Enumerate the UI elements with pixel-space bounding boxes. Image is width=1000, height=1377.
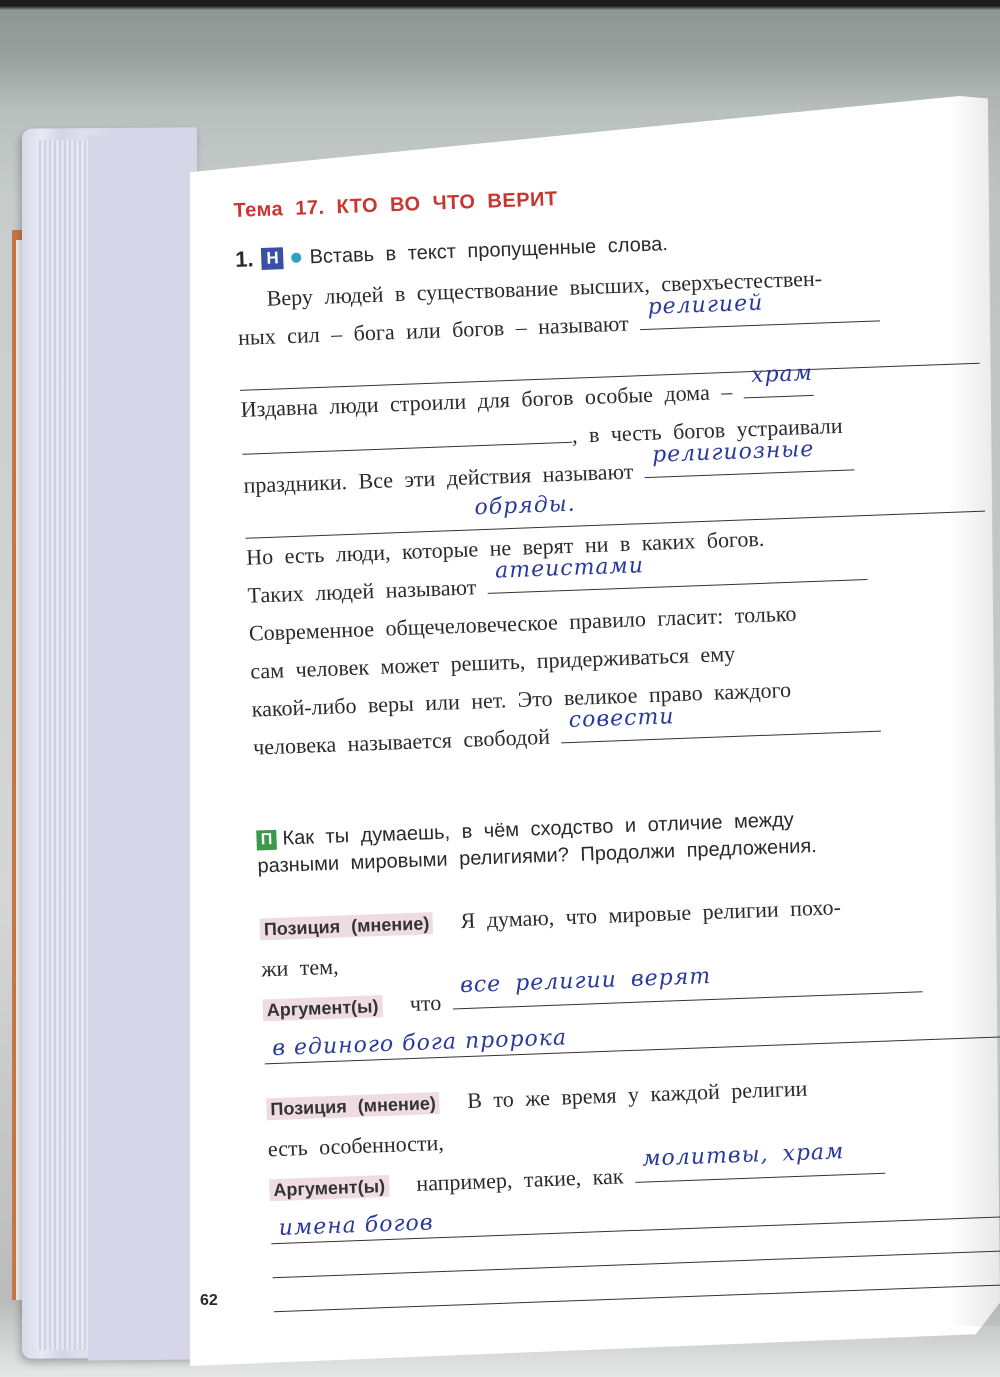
bullet-dot-icon — [291, 253, 301, 263]
topic-title: Тема 17. КТО ВО ЧТО ВЕРИТ — [233, 173, 973, 223]
handwritten-answer: религией — [647, 285, 764, 327]
block-similarity: Позиция (мнение) Я думаю, что мировые ре… — [259, 881, 1000, 1064]
task1-text: Веру людей в существование высших, сверх… — [236, 254, 993, 767]
label-argument: Аргумент(ы) — [262, 995, 382, 1021]
answer-blank-6[interactable]: все религии верят — [452, 966, 923, 1009]
handwritten-answer: совести — [568, 698, 675, 740]
handwritten-answer: религиозные — [651, 431, 815, 475]
text-fragment: человека называется свободой — [253, 724, 551, 760]
row-text: В то же время у каждой религии — [467, 1076, 808, 1113]
handwritten-answer: обряды. — [474, 486, 577, 528]
label-position: Позиция (мнение) — [259, 912, 433, 940]
level-badge-n-icon: Н — [261, 247, 284, 270]
handwritten-answer: все религии верят — [459, 957, 712, 1006]
task2-question: ПКак ты думаешь, в чём сходство и отличи… — [256, 799, 997, 880]
answer-blank-2[interactable]: храм — [743, 370, 814, 399]
answer-blank-7[interactable]: молитвы, храм — [634, 1148, 885, 1183]
page-number: 62 — [200, 1292, 218, 1310]
answer-blank-3[interactable]: религиозные — [644, 444, 855, 478]
task1-instruction: Вставь в текст пропущенные слова. — [309, 233, 668, 269]
row-text: что — [409, 990, 441, 1016]
task-number: 1. — [235, 246, 254, 273]
handwritten-answer: храм — [750, 355, 813, 395]
handwritten-answer: молитвы, храм — [642, 1132, 845, 1179]
row-text: например, такие, как — [416, 1163, 624, 1196]
answer-blank-1[interactable]: религией — [639, 295, 880, 330]
level-badge-p-icon: П — [256, 830, 277, 851]
label-position: Позиция (мнение) — [266, 1092, 440, 1120]
page-content: Тема 17. КТО ВО ЧТО ВЕРИТ 1. Н Вставь в … — [232, 143, 1000, 1312]
page-edges — [36, 140, 96, 1350]
block-difference: Позиция (мнение) В то же время у каждой … — [266, 1061, 1000, 1312]
row-text: Я думаю, что мировые религии похо- — [460, 894, 841, 933]
page-margin-strip — [88, 134, 193, 1360]
label-argument: Аргумент(ы) — [269, 1175, 389, 1201]
handwritten-answer: в единого бога пророка — [272, 1025, 568, 1061]
answer-blank-5[interactable]: совести — [561, 706, 882, 744]
answer-blank-4[interactable]: атеистами — [487, 554, 868, 594]
handwritten-answer: имена богов — [278, 1210, 434, 1241]
text-fragment: Таких людей называют — [247, 574, 477, 607]
handwritten-answer: атеистами — [494, 547, 644, 590]
